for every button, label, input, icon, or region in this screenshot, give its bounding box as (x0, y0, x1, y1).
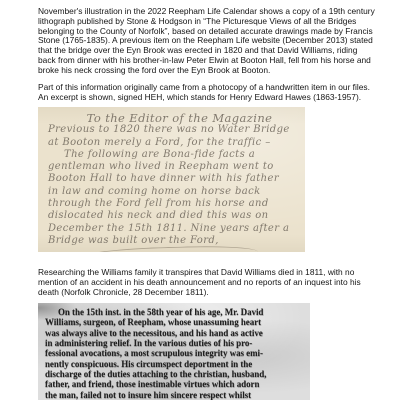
research-paragraph: Researching the Williams family it trans… (38, 268, 376, 297)
handwritten-line: at Booton merely a Ford, for the traffic… (48, 137, 297, 149)
handwritten-line: Previous to 1820 there was no Water Brid… (48, 124, 297, 136)
newspaper-line: Williams, surgeon, of Reepham, whose una… (45, 317, 304, 327)
handwritten-line: gentleman who lived in Reepham went to (48, 161, 297, 173)
handwritten-letter-image: To the Editor of the Magazine Previous t… (38, 107, 305, 252)
newspaper-line: in administering relief. In the various … (45, 338, 304, 348)
document-page: November's illustration in the 2022 Reep… (0, 0, 400, 400)
handwritten-line: dislocated his neck and died this was on (48, 210, 297, 222)
newspaper-line: fessional avocations, a most scrupulous … (45, 348, 304, 358)
handwritten-line: Booton Hall to have dinner with his fath… (48, 173, 297, 185)
newspaper-line: the man, failed not to insure him sincer… (45, 390, 304, 400)
newspaper-clipping-image: On the 15th inst. in the 58th year of hi… (38, 303, 310, 400)
handwritten-line: December the 15th 1811. Nine years after… (48, 223, 297, 235)
newspaper-line: discharge of the duties attaching to the… (45, 369, 304, 379)
newspaper-line: On the 15th inst. in the 58th year of hi… (45, 307, 304, 317)
handwritten-line: The following are Bona-fide facts a (48, 149, 297, 161)
newspaper-line: father, and friend, those inestimable vi… (45, 379, 304, 389)
newspaper-line: nently conspicuous. His circumspect depo… (45, 359, 304, 369)
photocopy-note-paragraph: Part of this information originally came… (38, 83, 376, 103)
handwritten-line: in law and coming home on horse back (48, 186, 297, 198)
intro-paragraph: November's illustration in the 2022 Reep… (38, 7, 376, 76)
newspaper-line: was always alive to the necessitous, and… (45, 328, 304, 338)
handwritten-line: Bridge was built over the Ford, (48, 235, 297, 247)
handwritten-letter-text: To the Editor of the Magazine Previous t… (38, 107, 305, 247)
handwritten-line: To the Editor of the Magazine (48, 112, 297, 124)
handwritten-line: through the Ford fell from his horse and (48, 198, 297, 210)
